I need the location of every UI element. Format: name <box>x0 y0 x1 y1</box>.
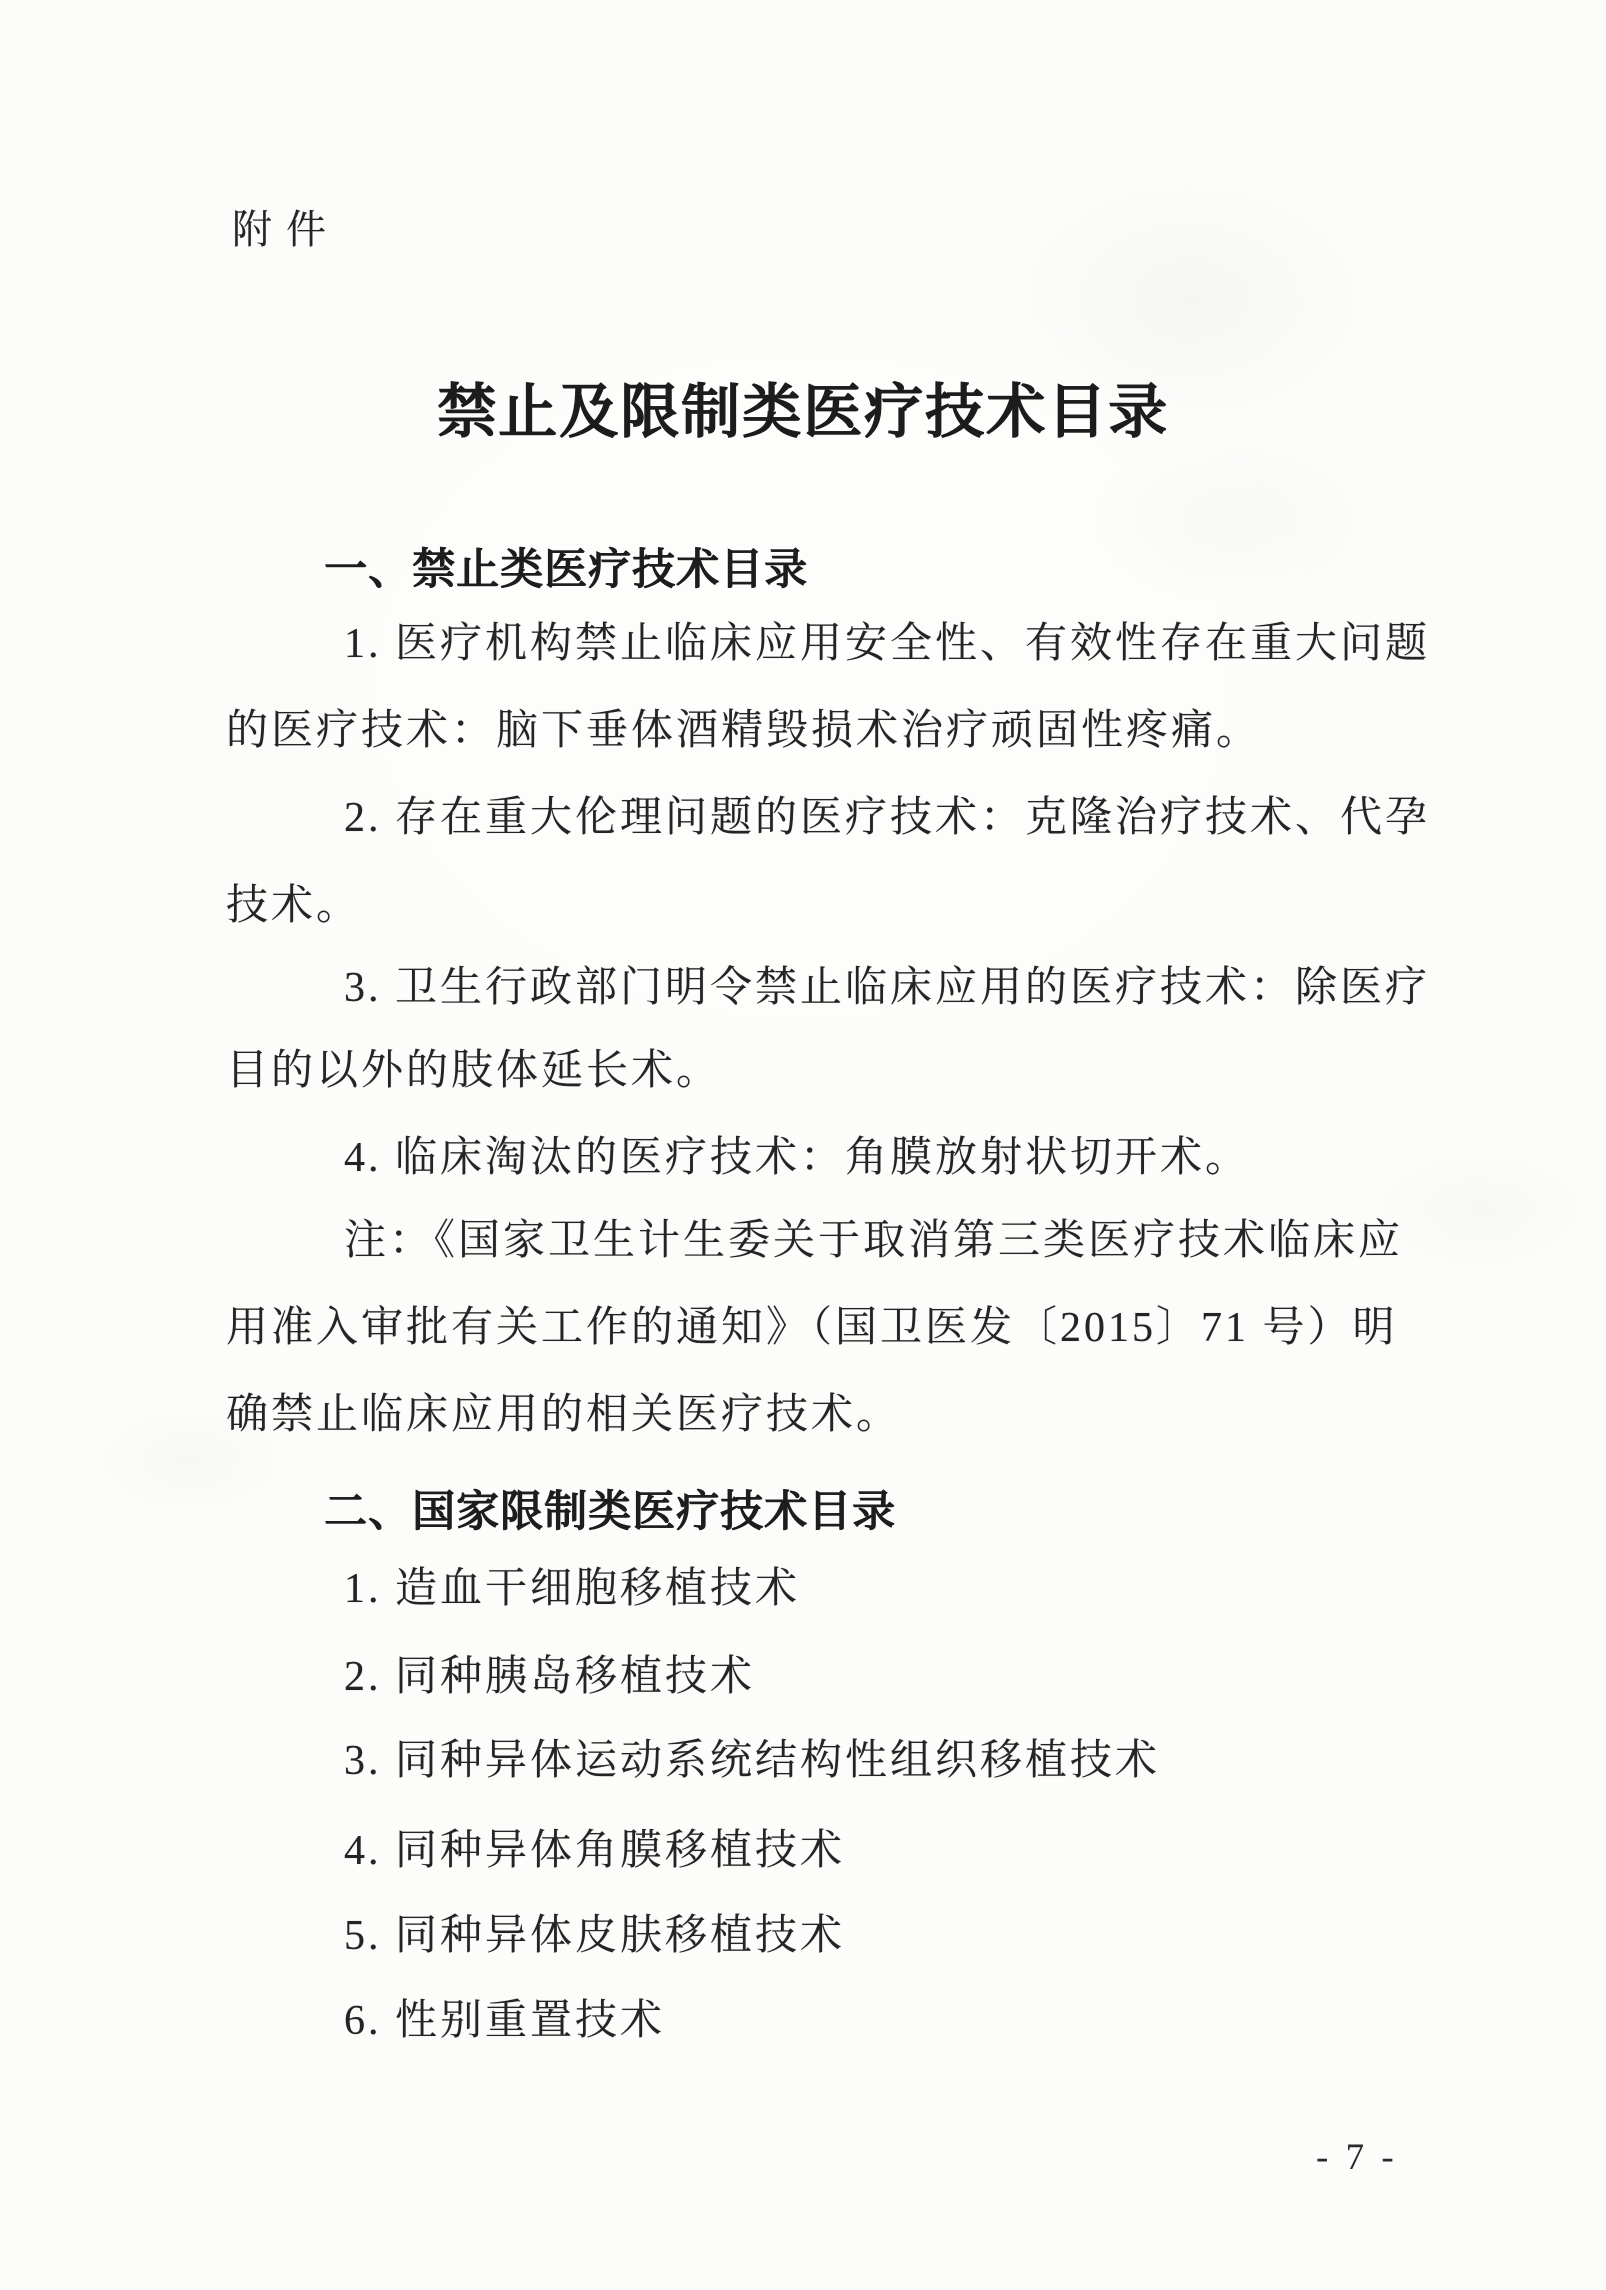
list-item: 5. 同种异体皮肤移植技术 <box>344 1913 845 1959</box>
paragraph-line: 确禁止临床应用的相关医疗技术。 <box>226 1392 901 1438</box>
paragraph-line: 目的以外的肢体延长术。 <box>226 1048 721 1094</box>
paragraph-line: 的医疗技术：脑下垂体酒精毁损术治疗顽固性疼痛。 <box>226 708 1261 754</box>
document-title: 禁止及限制类医疗技术目录 <box>0 364 1606 449</box>
list-item: 2. 同种胰岛移植技术 <box>344 1654 755 1700</box>
attachment-label: 附件 <box>232 198 340 255</box>
paragraph-line: 1. 医疗机构禁止临床应用安全性、有效性存在重大问题 <box>344 621 1430 667</box>
list-item: 3. 同种异体运动系统结构性组织移植技术 <box>344 1738 1160 1784</box>
paragraph-line: 用准入审批有关工作的通知》（国卫医发〔2015〕71 号）明 <box>226 1305 1398 1351</box>
section-2-heading: 二、国家限制类医疗技术目录 <box>324 1478 896 1539</box>
paragraph-line: 4. 临床淘汰的医疗技术：角膜放射状切开术。 <box>344 1135 1250 1181</box>
page-number: - 7 - <box>1316 2136 1398 2179</box>
list-item: 1. 造血干细胞移植技术 <box>344 1566 800 1612</box>
document-page: 附件 禁止及限制类医疗技术目录 一、禁止类医疗技术目录 1. 医疗机构禁止临床应… <box>0 0 1606 2290</box>
list-item: 6. 性别重置技术 <box>344 1998 665 2044</box>
paragraph-line: 2. 存在重大伦理问题的医疗技术：克隆治疗技术、代孕 <box>344 795 1430 841</box>
section-1-heading: 一、禁止类医疗技术目录 <box>324 536 808 597</box>
paragraph-line: 3. 卫生行政部门明令禁止临床应用的医疗技术：除医疗 <box>344 965 1430 1011</box>
list-item: 4. 同种异体角膜移植技术 <box>344 1828 845 1874</box>
paragraph-line: 技术。 <box>226 883 361 929</box>
paragraph-line: 注：《国家卫生计生委关于取消第三类医疗技术临床应 <box>344 1218 1403 1264</box>
